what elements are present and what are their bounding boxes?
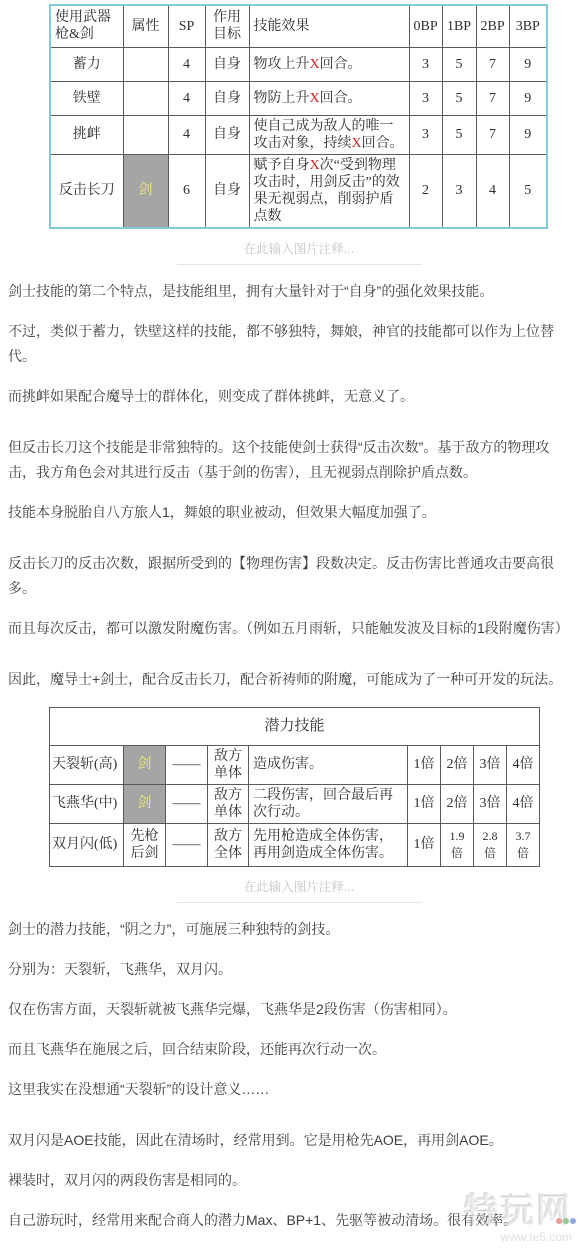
table-row: 铁壁 4 自身 物防上升X回合。 3 5 7 9: [50, 81, 547, 115]
skill-attribute-sword: 剑: [124, 745, 166, 784]
skill-attribute: [123, 115, 168, 154]
header-effect: 技能效果: [249, 5, 409, 47]
table-row: 蓄力 4 自身 物攻上升X回合。 3 5 7 9: [50, 47, 547, 81]
paragraph: 剑士技能的第二个特点，是技能组里，拥有大量针对于“自身”的强化效果技能。: [8, 279, 572, 304]
skill-sp: 6: [168, 154, 205, 228]
paragraph: 而且飞燕华在施展之后，回合结束阶段，还能再次行动一次。: [8, 1037, 572, 1062]
skill-sp: 4: [168, 81, 205, 115]
skill-table-figure: 使用武器枪&剑 属性 SP 作用目标 技能效果 0BP 1BP 2BP 3BP …: [49, 0, 549, 265]
bp-value: 9: [509, 81, 547, 115]
skill-effect: 赋予自身X次“受到物理攻击时，用剑反击”的效果无视弱点，削弱护盾点数: [249, 154, 409, 228]
table-row: 双月闪(低) 先枪后剑 —— 敌方全体 先用枪造成全体伤害，再用剑造成全体伤害。…: [50, 823, 540, 866]
bp-value: 1倍: [408, 784, 441, 823]
weapon-skill-table: 使用武器枪&剑 属性 SP 作用目标 技能效果 0BP 1BP 2BP 3BP …: [49, 4, 548, 229]
bp-value: 7: [476, 115, 509, 154]
bp-value: 2倍: [441, 745, 474, 784]
skill-sp: ——: [166, 823, 208, 866]
bp-value: 3: [409, 115, 442, 154]
paragraph: 双月闪是AOE技能，因此在清场时，经常用到。它是用枪先AOE，再用剑AOE。: [8, 1128, 572, 1153]
paragraph: 而且每次反击，都可以激发附魔伤害。（例如五月雨斩，只能触发波及目标的1段附魔伤害…: [8, 616, 572, 641]
paragraph: 因此，魔导士+剑士，配合反击长刀，配合祈祷师的附魔，可能成为了一种可开发的玩法。: [8, 667, 572, 692]
skill-name: 铁壁: [50, 81, 123, 115]
header-sp: SP: [168, 5, 205, 47]
skill-name: 挑衅: [50, 115, 123, 154]
bp-value: 5: [509, 154, 547, 228]
table-row: 反击长刀 剑 6 自身 赋予自身X次“受到物理攻击时，用剑反击”的效果无视弱点，…: [50, 154, 547, 228]
table-row: 挑衅 4 自身 使自己成为敌人的唯一攻击对象，持续X回合。 3 5 7 9: [50, 115, 547, 154]
header-1bp: 1BP: [442, 5, 476, 47]
skill-attribute: 先枪后剑: [124, 823, 166, 866]
skill-effect: 物防上升X回合。: [249, 81, 409, 115]
bp-value: 4倍: [507, 745, 540, 784]
latent-skill-table-figure: 潜力技能 天裂斩(高) 剑 —— 敌方单体 造成伤害。 1倍 2倍 3倍 4倍 …: [49, 707, 549, 903]
skill-name: 蓄力: [50, 47, 123, 81]
bp-value: 2: [409, 154, 442, 228]
bp-value: 5: [442, 115, 476, 154]
bp-value: 5: [442, 81, 476, 115]
bp-value: 3: [442, 154, 476, 228]
latent-skill-table: 潜力技能 天裂斩(高) 剑 —— 敌方单体 造成伤害。 1倍 2倍 3倍 4倍 …: [49, 707, 540, 867]
skill-name: 双月闪(低): [50, 823, 124, 866]
caption-divider: [177, 902, 422, 903]
skill-target: 自身: [205, 81, 249, 115]
paragraph: 裸装时，双月闪的两段伤害是相同的。: [8, 1168, 572, 1193]
bp-value: 3.7倍: [507, 823, 540, 866]
skill-target: 敌方全体: [208, 823, 249, 866]
skill-target: 自身: [205, 154, 249, 228]
image-caption-input[interactable]: 在此输入图片注释...: [49, 239, 549, 257]
skill-effect: 造成伤害。: [249, 745, 408, 784]
bp-value: 1倍: [408, 745, 441, 784]
paragraph: 但反击长刀这个技能是非常独特的。这个技能使剑士获得“反击次数”。基于敌方的物理攻…: [8, 435, 572, 485]
skill-effect: 使自己成为敌人的唯一攻击对象，持续X回合。: [249, 115, 409, 154]
paragraph: 剑士的潜力技能，“阴之力”，可施展三种独特的剑技。: [8, 917, 572, 942]
paragraph: 技能本身脱胎自八方旅人1，舞娘的职业被动，但效果大幅度加强了。: [8, 500, 572, 525]
header-target: 作用目标: [205, 5, 249, 47]
skill-attribute: [123, 81, 168, 115]
table-title: 潜力技能: [50, 707, 540, 745]
skill-name: 飞燕华(中): [50, 784, 124, 823]
bp-value: 4倍: [507, 784, 540, 823]
bp-value: 7: [476, 81, 509, 115]
bp-value: 2.8倍: [474, 823, 507, 866]
variable-x: X: [310, 158, 320, 173]
table-row: 飞燕华(中) 剑 —— 敌方单体 二段伤害，回合最后再次行动。 1倍 2倍 3倍…: [50, 784, 540, 823]
skill-sp: 4: [168, 115, 205, 154]
paragraph: 仅在伤害方面，天裂斩就被飞燕华完爆，飞燕华是2段伤害（伤害相同）。: [8, 997, 572, 1022]
skill-effect: 物攻上升X回合。: [249, 47, 409, 81]
skill-name: 天裂斩(高): [50, 745, 124, 784]
bp-value: 2倍: [441, 784, 474, 823]
caption-divider: [177, 264, 422, 265]
skill-attribute: [123, 47, 168, 81]
header-attribute: 属性: [123, 5, 168, 47]
paragraph: 而挑衅如果配合魔导士的群体化，则变成了群体挑衅，无意义了。: [8, 384, 572, 409]
skill-effect: 二段伤害，回合最后再次行动。: [249, 784, 408, 823]
variable-x: X: [310, 57, 320, 72]
skill-target: 敌方单体: [208, 745, 249, 784]
bp-value: 7: [476, 47, 509, 81]
header-3bp: 3BP: [509, 5, 547, 47]
bp-value: 3: [409, 81, 442, 115]
variable-x: X: [310, 91, 320, 106]
bp-value: 3: [409, 47, 442, 81]
paragraph: 自己游玩时，经常用来配合商人的潜力Max、BP+1、先驱等被动清场。很有效率。: [8, 1208, 572, 1233]
skill-attribute-sword: 剑: [124, 784, 166, 823]
bp-value: 3倍: [474, 784, 507, 823]
article-page: 使用武器枪&剑 属性 SP 作用目标 技能效果 0BP 1BP 2BP 3BP …: [0, 0, 580, 1251]
paragraph: 分别为：天裂斩，飞燕华，双月闪。: [8, 957, 572, 982]
image-caption-input[interactable]: 在此输入图片注释...: [49, 877, 549, 895]
bp-value: 5: [442, 47, 476, 81]
header-2bp: 2BP: [476, 5, 509, 47]
skill-effect: 先用枪造成全体伤害，再用剑造成全体伤害。: [249, 823, 408, 866]
bp-value: 1.9倍: [441, 823, 474, 866]
table-row: 天裂斩(高) 剑 —— 敌方单体 造成伤害。 1倍 2倍 3倍 4倍: [50, 745, 540, 784]
skill-target: 敌方单体: [208, 784, 249, 823]
bp-value: 4: [476, 154, 509, 228]
paragraph: 反击长刀的反击次数，跟据所受到的【物理伤害】段数决定。反击伤害比普通攻击要高很多…: [8, 551, 572, 601]
skill-sp: 4: [168, 47, 205, 81]
paragraph: 不过，类似于蓄力，铁壁这样的技能，都不够独特，舞娘，神官的技能都可以作为上位替代…: [8, 319, 572, 369]
skill-target: 自身: [205, 115, 249, 154]
paragraph: 这里我实在没想通“天裂斩”的设计意义……: [8, 1077, 572, 1102]
skill-sp: ——: [166, 784, 208, 823]
skill-target: 自身: [205, 47, 249, 81]
header-0bp: 0BP: [409, 5, 442, 47]
variable-x: X: [352, 136, 362, 151]
bp-value: 9: [509, 115, 547, 154]
bp-value: 9: [509, 47, 547, 81]
skill-name: 反击长刀: [50, 154, 123, 228]
bp-value: 3倍: [474, 745, 507, 784]
skill-sp: ——: [166, 745, 208, 784]
bp-value: 1倍: [408, 823, 441, 866]
header-weapon: 使用武器枪&剑: [50, 5, 123, 47]
table-header-row: 使用武器枪&剑 属性 SP 作用目标 技能效果 0BP 1BP 2BP 3BP: [50, 5, 547, 47]
skill-attribute-sword: 剑: [123, 154, 168, 228]
table-title-row: 潜力技能: [50, 707, 540, 745]
